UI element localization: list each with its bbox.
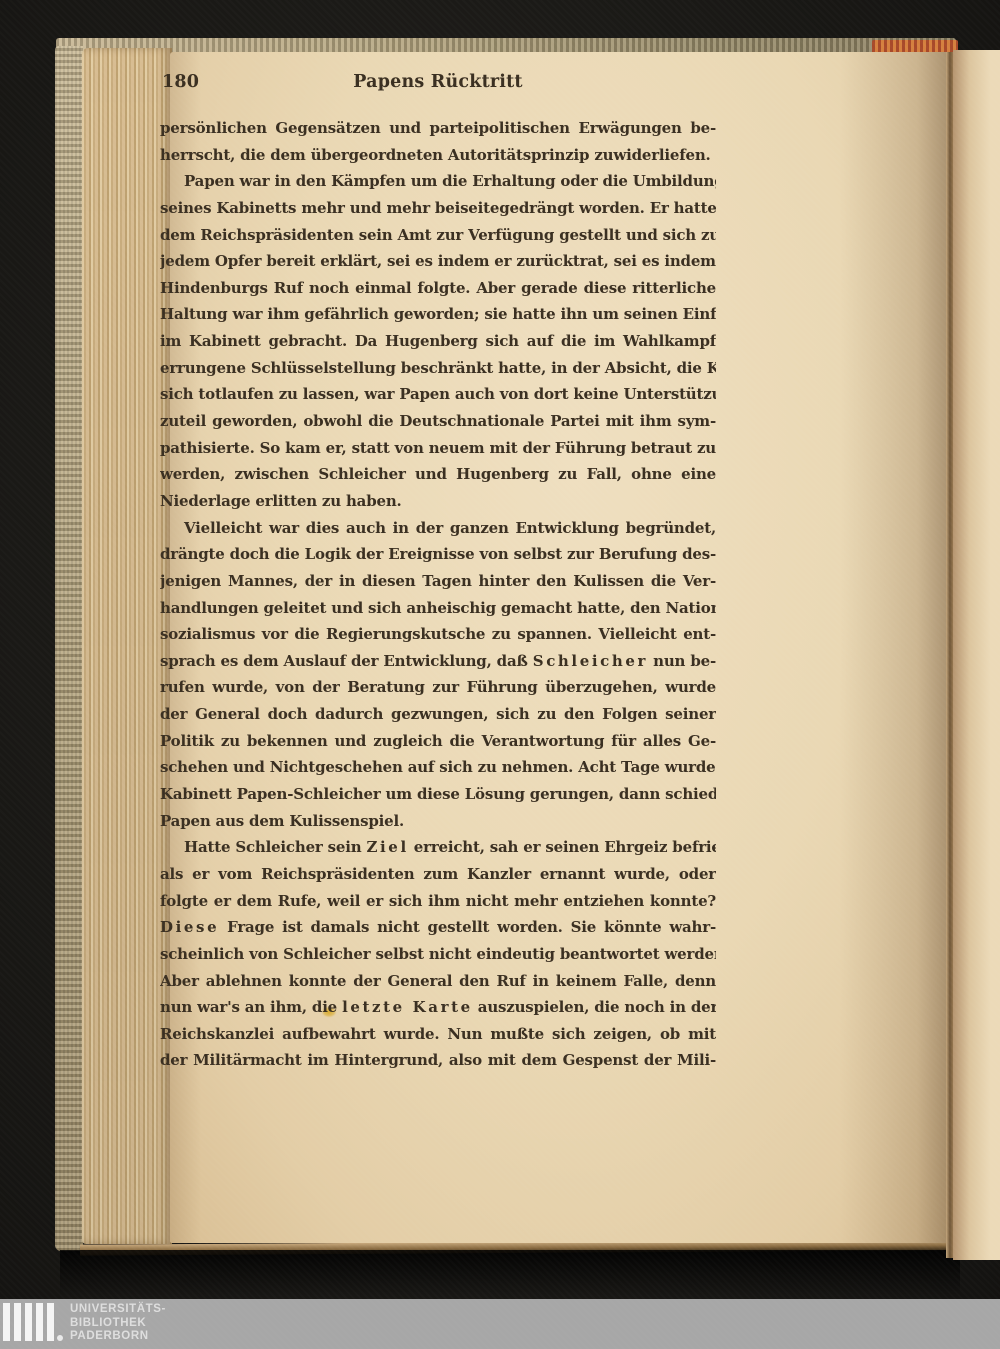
- book-cover-edge-left: [55, 46, 83, 1251]
- page-number: 180: [162, 72, 199, 92]
- text-line: sozialismus vor die Regierungskutsche zu…: [160, 621, 716, 648]
- logo-bar: [36, 1303, 43, 1341]
- library-name-line: BIBLIOTHEK: [70, 1317, 166, 1331]
- text-line: drängte doch die Logik der Ereignisse vo…: [160, 541, 716, 568]
- page-bottom-shadow: [60, 1250, 960, 1296]
- logo-bar: [47, 1303, 54, 1341]
- text-line: seines Kabinetts mehr und mehr beiseiteg…: [160, 195, 716, 222]
- text-line: Vielleicht war dies auch in der ganzen E…: [160, 515, 716, 542]
- text-block: persönlichen Gegensätzen und parteipolit…: [160, 115, 716, 1074]
- letter-spaced-emphasis: Ziel: [366, 838, 408, 856]
- text-line: Hindenburgs Ruf noch einmal folgte. Aber…: [160, 275, 716, 302]
- text-line: errungene Schlüsselstellung beschränkt h…: [160, 355, 716, 382]
- logo-bar: [14, 1303, 21, 1341]
- text-line: als er vom Reichspräsidenten zum Kanzler…: [160, 861, 716, 888]
- text-line: Aber ablehnen konnte der General den Ruf…: [160, 968, 716, 995]
- page-gutter: [946, 52, 953, 1258]
- library-name-line: PADERBORN: [70, 1330, 166, 1344]
- text-line: jenigen Mannes, der in diesen Tagen hint…: [160, 568, 716, 595]
- text-line: der General doch dadurch gezwungen, sich…: [160, 701, 716, 728]
- page-stack-edge: [82, 48, 172, 1244]
- text-line: Kabinett Papen-Schleicher um diese Lösun…: [160, 781, 716, 808]
- text-line: Papen war in den Kämpfen um die Erhaltun…: [160, 168, 716, 195]
- text-line: sprach es dem Auslauf der Entwicklung, d…: [160, 648, 716, 675]
- page-text-area: 180 Papens Rücktritt persönlichen Gegens…: [160, 72, 716, 1074]
- logo-bar: [3, 1303, 10, 1341]
- library-logo-bars-icon: [3, 1303, 59, 1343]
- library-watermark-band: UNIVERSITÄTS- BIBLIOTHEK PADERBORN: [0, 1299, 1000, 1349]
- letter-spaced-emphasis: letzte Karte: [342, 998, 473, 1016]
- text-line: dem Reichspräsidenten sein Amt zur Verfü…: [160, 222, 716, 249]
- letter-spaced-emphasis: Diese: [160, 918, 219, 936]
- text-line: sich totlaufen zu lassen, war Papen auch…: [160, 381, 716, 408]
- text-line: Papen aus dem Kulissenspiel.: [160, 808, 716, 835]
- text-line: werden, zwischen Schleicher und Hugenber…: [160, 461, 716, 488]
- logo-dot-icon: [57, 1335, 63, 1341]
- text-line: pathisierte. So kam er, statt von neuem …: [160, 435, 716, 462]
- text-line: zuteil geworden, obwohl die Deutschnatio…: [160, 408, 716, 435]
- text-line: Haltung war ihm gefährlich geworden; sie…: [160, 301, 716, 328]
- text-line: im Kabinett gebracht. Da Hugenberg sich …: [160, 328, 716, 355]
- page-header: 180 Papens Rücktritt: [160, 72, 716, 98]
- logo-bar: [25, 1303, 32, 1341]
- library-name-line: UNIVERSITÄTS-: [70, 1303, 166, 1317]
- text-line: jedem Opfer bereit erklärt, sei es indem…: [160, 248, 716, 275]
- text-line: scheinlich von Schleicher selbst nicht e…: [160, 941, 716, 968]
- letter-spaced-emphasis: Schleicher: [533, 652, 648, 670]
- text-line: persönlichen Gegensätzen und parteipolit…: [160, 115, 716, 142]
- right-page-edge: [953, 50, 1000, 1260]
- text-line: folgte er dem Rufe, weil er sich ihm nic…: [160, 888, 716, 915]
- text-line: der Militärmacht im Hintergrund, also mi…: [160, 1047, 716, 1074]
- scan-background: 180 Papens Rücktritt persönlichen Gegens…: [0, 0, 1000, 1349]
- text-line: Diese Frage ist damals nicht gestellt wo…: [160, 914, 716, 941]
- text-line: herrscht, die dem übergeordneten Autorit…: [160, 142, 716, 169]
- library-name: UNIVERSITÄTS- BIBLIOTHEK PADERBORN: [70, 1303, 166, 1344]
- text-line: nun war's an ihm, die letzte Karte auszu…: [160, 994, 716, 1021]
- text-line: Politik zu bekennen und zugleich die Ver…: [160, 728, 716, 755]
- text-line: schehen und Nichtgeschehen auf sich zu n…: [160, 754, 716, 781]
- text-line: handlungen geleitet und sich anheischig …: [160, 595, 716, 622]
- text-line: rufen wurde, von der Beratung zur Führun…: [160, 674, 716, 701]
- text-line: Hatte Schleicher sein Ziel erreicht, sah…: [160, 834, 716, 861]
- text-line: Niederlage erlitten zu haben.: [160, 488, 716, 515]
- running-title: Papens Rücktritt: [160, 72, 716, 92]
- text-line: Reichskanzlei aufbewahrt wurde. Nun mußt…: [160, 1021, 716, 1048]
